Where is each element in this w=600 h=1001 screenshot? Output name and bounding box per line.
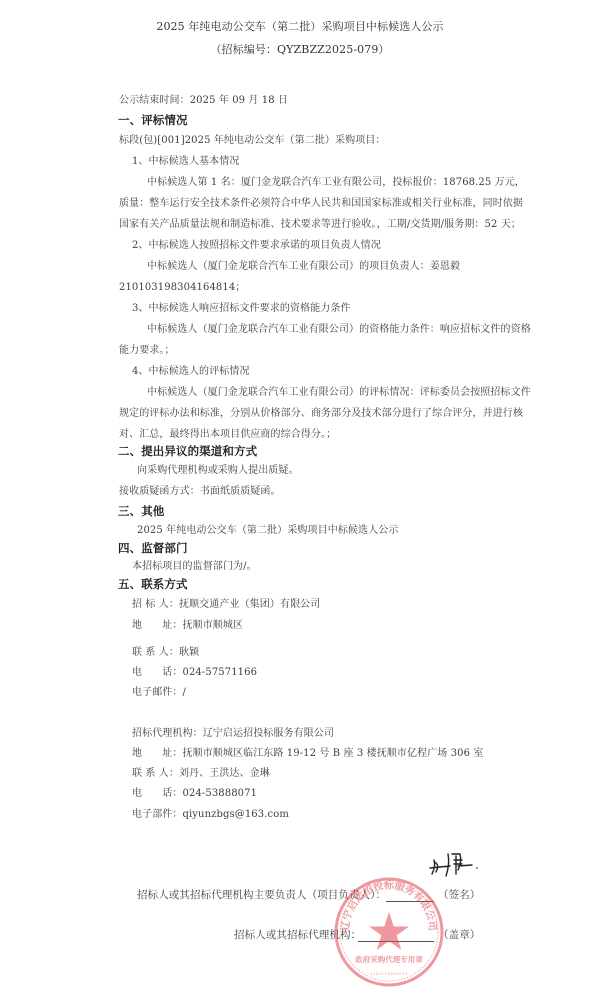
seal-label: 招标人或其招标代理机构： <box>234 928 361 942</box>
agency-contact: 刘丹、王洪达、金琳 <box>179 768 270 779</box>
item4-line: 规定的评标办法和标准，分别从价格部分、商务部分及技术部分进行了综合评分，并进行核 <box>119 407 523 421</box>
seal-underline <box>358 941 434 942</box>
tenderer-name: 抚顺交通产业（集团）有限公司 <box>179 599 320 610</box>
item1-line: 中标候选人第 1 名：厦门金龙联合汽车工业有限公司，投标报价：18768.25 … <box>147 176 525 190</box>
tenderer-email: / <box>183 687 186 698</box>
sign-underline <box>386 901 434 902</box>
item4-line: 中标候选人（厦门金龙联合汽车工业有限公司）的评标情况：评标委员会按照招标文件 <box>147 386 531 400</box>
svg-text:辽宁启运招投标服务有限公司: 辽宁启运招投标服务有限公司 <box>339 879 439 932</box>
agency-email-row: 电子部件：qiyunzbgs@163.com <box>132 808 289 822</box>
document-page: 2025 年纯电动公交车（第二批）采购项目中标候选人公示 （招标编号：QYZBZ… <box>0 0 600 1001</box>
tenderer-address: 抚顺市顺城区 <box>183 620 244 631</box>
item3-line: 中标候选人（厦门金龙联合汽车工业有限公司）的资格能力条件：响应招标文件的资格 <box>147 323 531 337</box>
agency-name-row: 招标代理机构：辽宁启运招投标服务有限公司 <box>132 727 334 741</box>
section-heading-objection: 二、提出异议的渠道和方式 <box>118 444 257 458</box>
agency-contact-row: 联 系 人：刘丹、王洪达、金琳 <box>132 767 270 781</box>
tenderer-address-row: 地 址：抚顺市顺城区 <box>132 619 243 633</box>
agency-name-label: 招标代理机构： <box>132 728 203 739</box>
seal-suffix: （盖章） <box>438 928 480 942</box>
svg-text:2104110004533: 2104110004533 <box>370 972 408 976</box>
agency-phone-label: 电 话： <box>132 788 183 799</box>
agency-phone-row: 电 话：024-53888071 <box>132 787 257 801</box>
lot-line: 标段(包)[001]2025 年纯电动公交车（第二批）采购项目： <box>119 134 386 148</box>
agency-email-label: 电子部件： <box>132 809 183 820</box>
sign-label: 招标人或其招标代理机构主要负责人（项目负责人）： <box>137 888 386 902</box>
item2-line: 210103198304164814； <box>119 281 245 295</box>
tenderer-contact: 耿颖 <box>179 647 199 658</box>
agency-email: qiyunzbgs@163.com <box>183 809 289 820</box>
agency-contact-label: 联 系 人： <box>132 768 179 779</box>
document-title: 2025 年纯电动公交车（第二批）采购项目中标候选人公示 <box>0 20 600 34</box>
item1-line: 质量：整车运行安全技术条件必须符合中华人民共和国国家标准或相关行业标准，同时依据 <box>119 197 523 211</box>
section-heading-evaluation: 一、评标情况 <box>118 113 188 127</box>
item2-line: 中标候选人（厦门金龙联合汽车工业有限公司）的项目负责人：姜恩毅 <box>147 260 460 274</box>
section-heading-other: 三、其他 <box>118 504 164 518</box>
agency-address-row: 地 址：抚顺市顺城区临江东路 19-12 号 B 座 3 楼抚顺市亿程广场 30… <box>132 747 483 761</box>
tenderer-contact-row: 联 系 人：耿颖 <box>132 646 199 660</box>
tenderer-contact-label: 联 系 人： <box>132 647 179 658</box>
tenderer-phone-row: 电 话：024-57571166 <box>132 666 257 680</box>
tenderer-name-label: 招 标 人： <box>132 599 179 610</box>
item3-title: 3、中标候选人响应招标文件要求的资格能力条件 <box>132 302 351 316</box>
item1-line: 国家有关产品质量法规和制造标准、技术要求等进行验收。，工期/交货期/服务期：52… <box>119 218 521 232</box>
supervision-line: 本招标项目的监督部门为/。 <box>132 560 257 574</box>
tenderer-address-label: 地 址： <box>132 620 183 631</box>
sign-suffix: （签名） <box>438 888 480 902</box>
tenderer-name-row: 招 标 人：抚顺交通产业（集团）有限公司 <box>132 598 320 612</box>
item3-line: 能力要求。； <box>119 344 175 358</box>
tenderer-phone: 024-57571166 <box>183 667 258 678</box>
tenderer-email-label: 电子邮件： <box>132 687 183 698</box>
svg-text:政府采购代理专用章: 政府采购代理专用章 <box>355 954 423 964</box>
item1-title: 1、中标候选人基本情况 <box>132 155 239 169</box>
agency-address: 抚顺市顺城区临江东路 19-12 号 B 座 3 楼抚顺市亿程广场 306 室 <box>183 748 484 759</box>
notice-end-time: 公示结束时间：2025 年 09 月 18 日 <box>119 94 288 108</box>
objection-line: 向采购代理机构或采购人提出质疑。 <box>137 464 299 478</box>
tenderer-email-row: 电子邮件：/ <box>132 686 186 700</box>
item4-line: 对、汇总，最终得出本项目供应商的综合得分。； <box>119 428 336 442</box>
agency-phone: 024-53888071 <box>183 788 258 799</box>
handwritten-signature <box>428 848 478 878</box>
tenderer-phone-label: 电 话： <box>132 667 183 678</box>
other-line: 2025 年纯电动公交车（第二批）采购项目中标候选人公示 <box>137 524 398 538</box>
tender-number: （招标编号：QYZBZZ2025-079） <box>0 43 600 57</box>
section-heading-supervision: 四、监督部门 <box>118 541 188 555</box>
agency-address-label: 地 址： <box>132 748 183 759</box>
item4-title: 4、中标候选人的评标情况 <box>132 365 250 379</box>
section-heading-contact: 五、联系方式 <box>118 577 188 591</box>
agency-name: 辽宁启运招投标服务有限公司 <box>203 728 334 739</box>
item2-title: 2、中标候选人按照招标文件要求承诺的项目负责人情况 <box>132 239 381 253</box>
objection-line: 接收质疑函方式：书面纸质质疑函。 <box>119 485 281 499</box>
